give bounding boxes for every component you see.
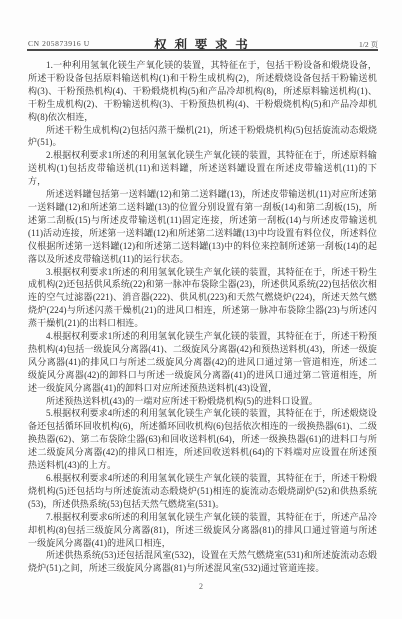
claim-paragraph: 所述送料罐包括第一送料罐(12)和第二送料罐(13)，所述皮带输送机(11)对应…: [28, 188, 377, 265]
claim-paragraph: 所述干粉生成机构(2)包括闪蒸干燥机(21)，所述干粉煅烧机构(5)包括旋流动态…: [28, 124, 377, 150]
claim-paragraph: 3.根据权利要求1所述的利用氢氧化镁生产氧化镁的装置，其特征在于，所述干粉生成机…: [28, 266, 377, 331]
claim-paragraph: 4.根据权利要求1所述的利用氢氧化镁生产氧化镁的装置，其特征在于，所述干粉预热机…: [28, 330, 377, 395]
claim-paragraph: 2.根据权利要求1所述的利用氢氧化镁生产氧化镁的装置，其特征在于，所述原料输送机…: [28, 149, 377, 188]
claims-text: 1.一种利用氢氧化镁生产氧化镁的装置，其特征在于，包括干粉设备和煅烧设备，所述干…: [28, 59, 377, 575]
claim-paragraph: 所述预热送料机(43)的一端对应所述干粉煅烧机构(5)的进料口设置。: [28, 395, 377, 408]
claim-paragraph: 1.一种利用氢氧化镁生产氧化镁的装置，其特征在于，包括干粉设备和煅烧设备，所述干…: [28, 59, 377, 124]
claim-paragraph: 6.根据权利要求4所述的利用氢氧化镁生产氧化镁的装置，其特征在于，所述干粉煅烧机…: [28, 472, 377, 511]
page-header: CN 205873916 U 权利要求书 1/2 页: [28, 35, 378, 50]
claim-paragraph: 5.根据权利要求4所述的利用氢氧化镁生产氧化镁的装置，其特征在于，所述煅烧设备还…: [28, 407, 377, 472]
document-number: CN 205873916 U: [28, 39, 90, 48]
page-number: 2: [199, 582, 203, 591]
page-footer: 2: [0, 576, 402, 594]
claim-paragraph: 7.根据权利要求6所述的利用氢氧化镁生产氧化镁的装置，其特征在于，所述产品冷却机…: [28, 511, 377, 550]
claim-paragraph: 所述供热系统(53)还包括混风室(532)，设置在天然气燃烧室(531)和所述旋…: [28, 549, 377, 575]
patent-claims-page: CN 205873916 U 权利要求书 1/2 页 1.一种利用氢氧化镁生产氧…: [0, 0, 402, 619]
header-divider: [27, 49, 378, 51]
